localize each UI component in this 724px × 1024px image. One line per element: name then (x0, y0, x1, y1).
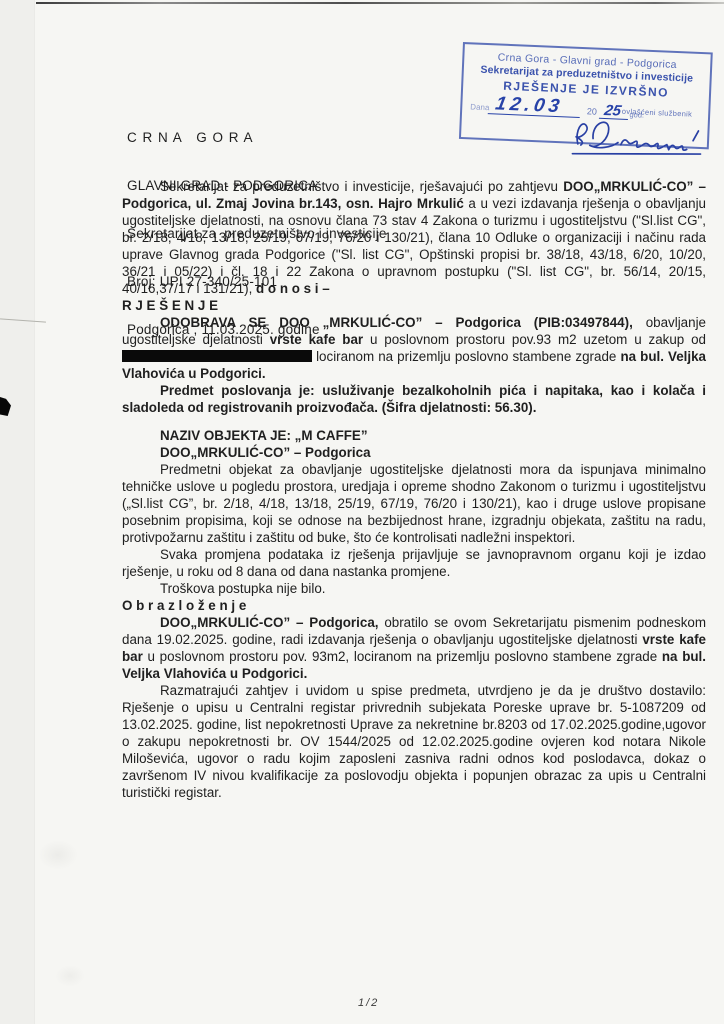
explanation-paragraph-2: Razmatrajući zahtjev i uvidom u spise pr… (122, 682, 706, 801)
location-text: lociranom na prizemlju poslovno stambene… (312, 349, 620, 364)
page-number: 1/2 (358, 997, 379, 1009)
business-subject-paragraph: Predmet poslovanja je: usluživanje bezal… (122, 382, 706, 416)
intro-text: Sekretarijat za preduzetništvo i investi… (160, 179, 563, 194)
scan-edge-line (36, 2, 724, 4)
scan-smudge (38, 840, 78, 870)
object-owner-line: DOO„MRKULIĆ-CO” – Podgorica (160, 444, 706, 461)
scanned-document-page: { "page": { "number": "1/2" }, "letterhe… (0, 0, 724, 1024)
company-name: DOO„MRKULIĆ-CO” – Podgorica, (160, 615, 384, 630)
change-notice-paragraph: Svaka promjena podataka iz rješenja prij… (122, 546, 706, 580)
redaction-bar (122, 350, 312, 362)
approval-statement: ODOBRAVA SE DOO „MRKULIĆ-CO” – Podgorica… (160, 315, 646, 330)
document-body: Sekretarijat za preduzetništvo i investi… (122, 98, 706, 801)
explanation-paragraph-1: DOO„MRKULIĆ-CO” – Podgorica, obratilo se… (122, 614, 706, 682)
object-name-line: NAZIV OBJEKTA JE: „M CAFFE” (160, 427, 706, 444)
explanation-heading: O b r a z l o ž e n j e (122, 597, 706, 614)
scan-left-margin (0, 0, 35, 1024)
scan-smudge (55, 965, 85, 987)
costs-paragraph: Troškova postupka nije bilo. (122, 580, 706, 597)
activity-type: vrste kafe bar (270, 332, 370, 347)
decision-heading: R J E Š E N J E (122, 297, 706, 314)
object-name-block: NAZIV OBJEKTA JE: „M CAFFE” DOO„MRKULIĆ-… (122, 427, 706, 461)
premises-text: u poslovnom prostoru pov.93 m2 uzetom u … (370, 332, 706, 347)
donosi-text: d o n o s i – (256, 281, 330, 296)
approval-paragraph: ODOBRAVA SE DOO „MRKULIĆ-CO” – Podgorica… (122, 314, 706, 382)
legal-basis-text: a u vezi izdavanja rješenja o obavljanju… (122, 196, 706, 296)
premises-text: u poslovnom prostoru pov. 93m2, locirano… (148, 649, 662, 664)
conditions-paragraph: Predmetni objekat za obavljanje ugostite… (122, 461, 706, 546)
intro-paragraph: Sekretarijat za preduzetništvo i investi… (122, 178, 706, 297)
